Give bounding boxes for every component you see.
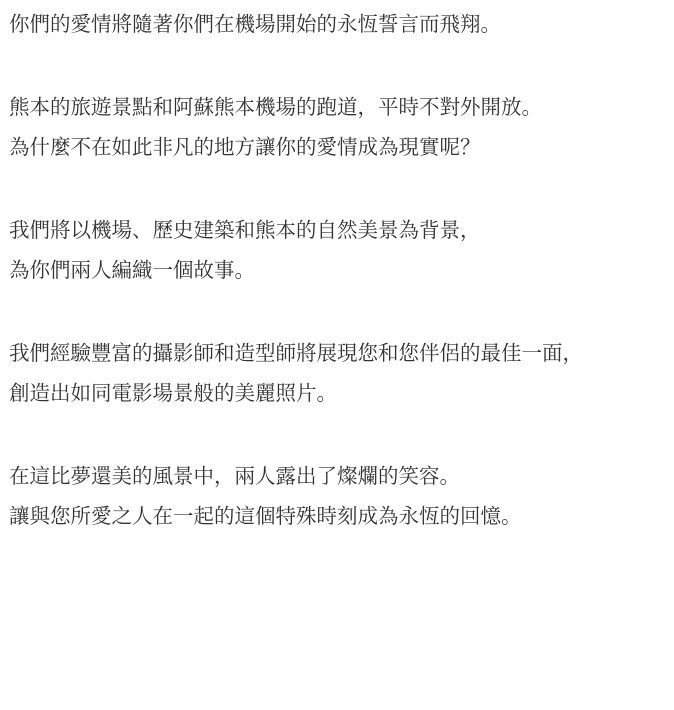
text-line: 我們經驗豐富的攝影師和造型師將展現您和您伴侶的最佳一面， bbox=[9, 333, 674, 373]
text-line: 為你們兩人編織一個故事。 bbox=[9, 250, 674, 290]
text-line: 我們將以機場、歷史建築和熊本的自然美景為背景， bbox=[9, 210, 674, 250]
paragraph-memories: 在這比夢還美的風景中，兩人露出了燦爛的笑容。 讓與您所愛之人在一起的這個特殊時刻… bbox=[9, 456, 674, 536]
text-line: 創造出如同電影場景般的美麗照片。 bbox=[9, 373, 674, 413]
text-line: 你們的愛情將隨著你們在機場開始的永恆誓言而飛翔。 bbox=[9, 4, 674, 44]
document-body: 你們的愛情將隨著你們在機場開始的永恆誓言而飛翔。 熊本的旅遊景點和阿蘇熊本機場的… bbox=[0, 0, 674, 536]
text-line: 熊本的旅遊景點和阿蘇熊本機場的跑道，平時不對外開放。 bbox=[9, 87, 674, 127]
text-line: 在這比夢還美的風景中，兩人露出了燦爛的笑容。 bbox=[9, 456, 674, 496]
paragraph-location: 熊本的旅遊景點和阿蘇熊本機場的跑道，平時不對外開放。 為什麼不在如此非凡的地方讓… bbox=[9, 87, 674, 167]
paragraph-background: 我們將以機場、歷史建築和熊本的自然美景為背景， 為你們兩人編織一個故事。 bbox=[9, 210, 674, 290]
text-line: 讓與您所愛之人在一起的這個特殊時刻成為永恆的回憶。 bbox=[9, 496, 674, 536]
paragraph-intro: 你們的愛情將隨著你們在機場開始的永恆誓言而飛翔。 bbox=[9, 4, 674, 44]
text-line: 為什麼不在如此非凡的地方讓你的愛情成為現實呢？ bbox=[9, 127, 674, 167]
paragraph-photographers: 我們經驗豐富的攝影師和造型師將展現您和您伴侶的最佳一面， 創造出如同電影場景般的… bbox=[9, 333, 674, 413]
